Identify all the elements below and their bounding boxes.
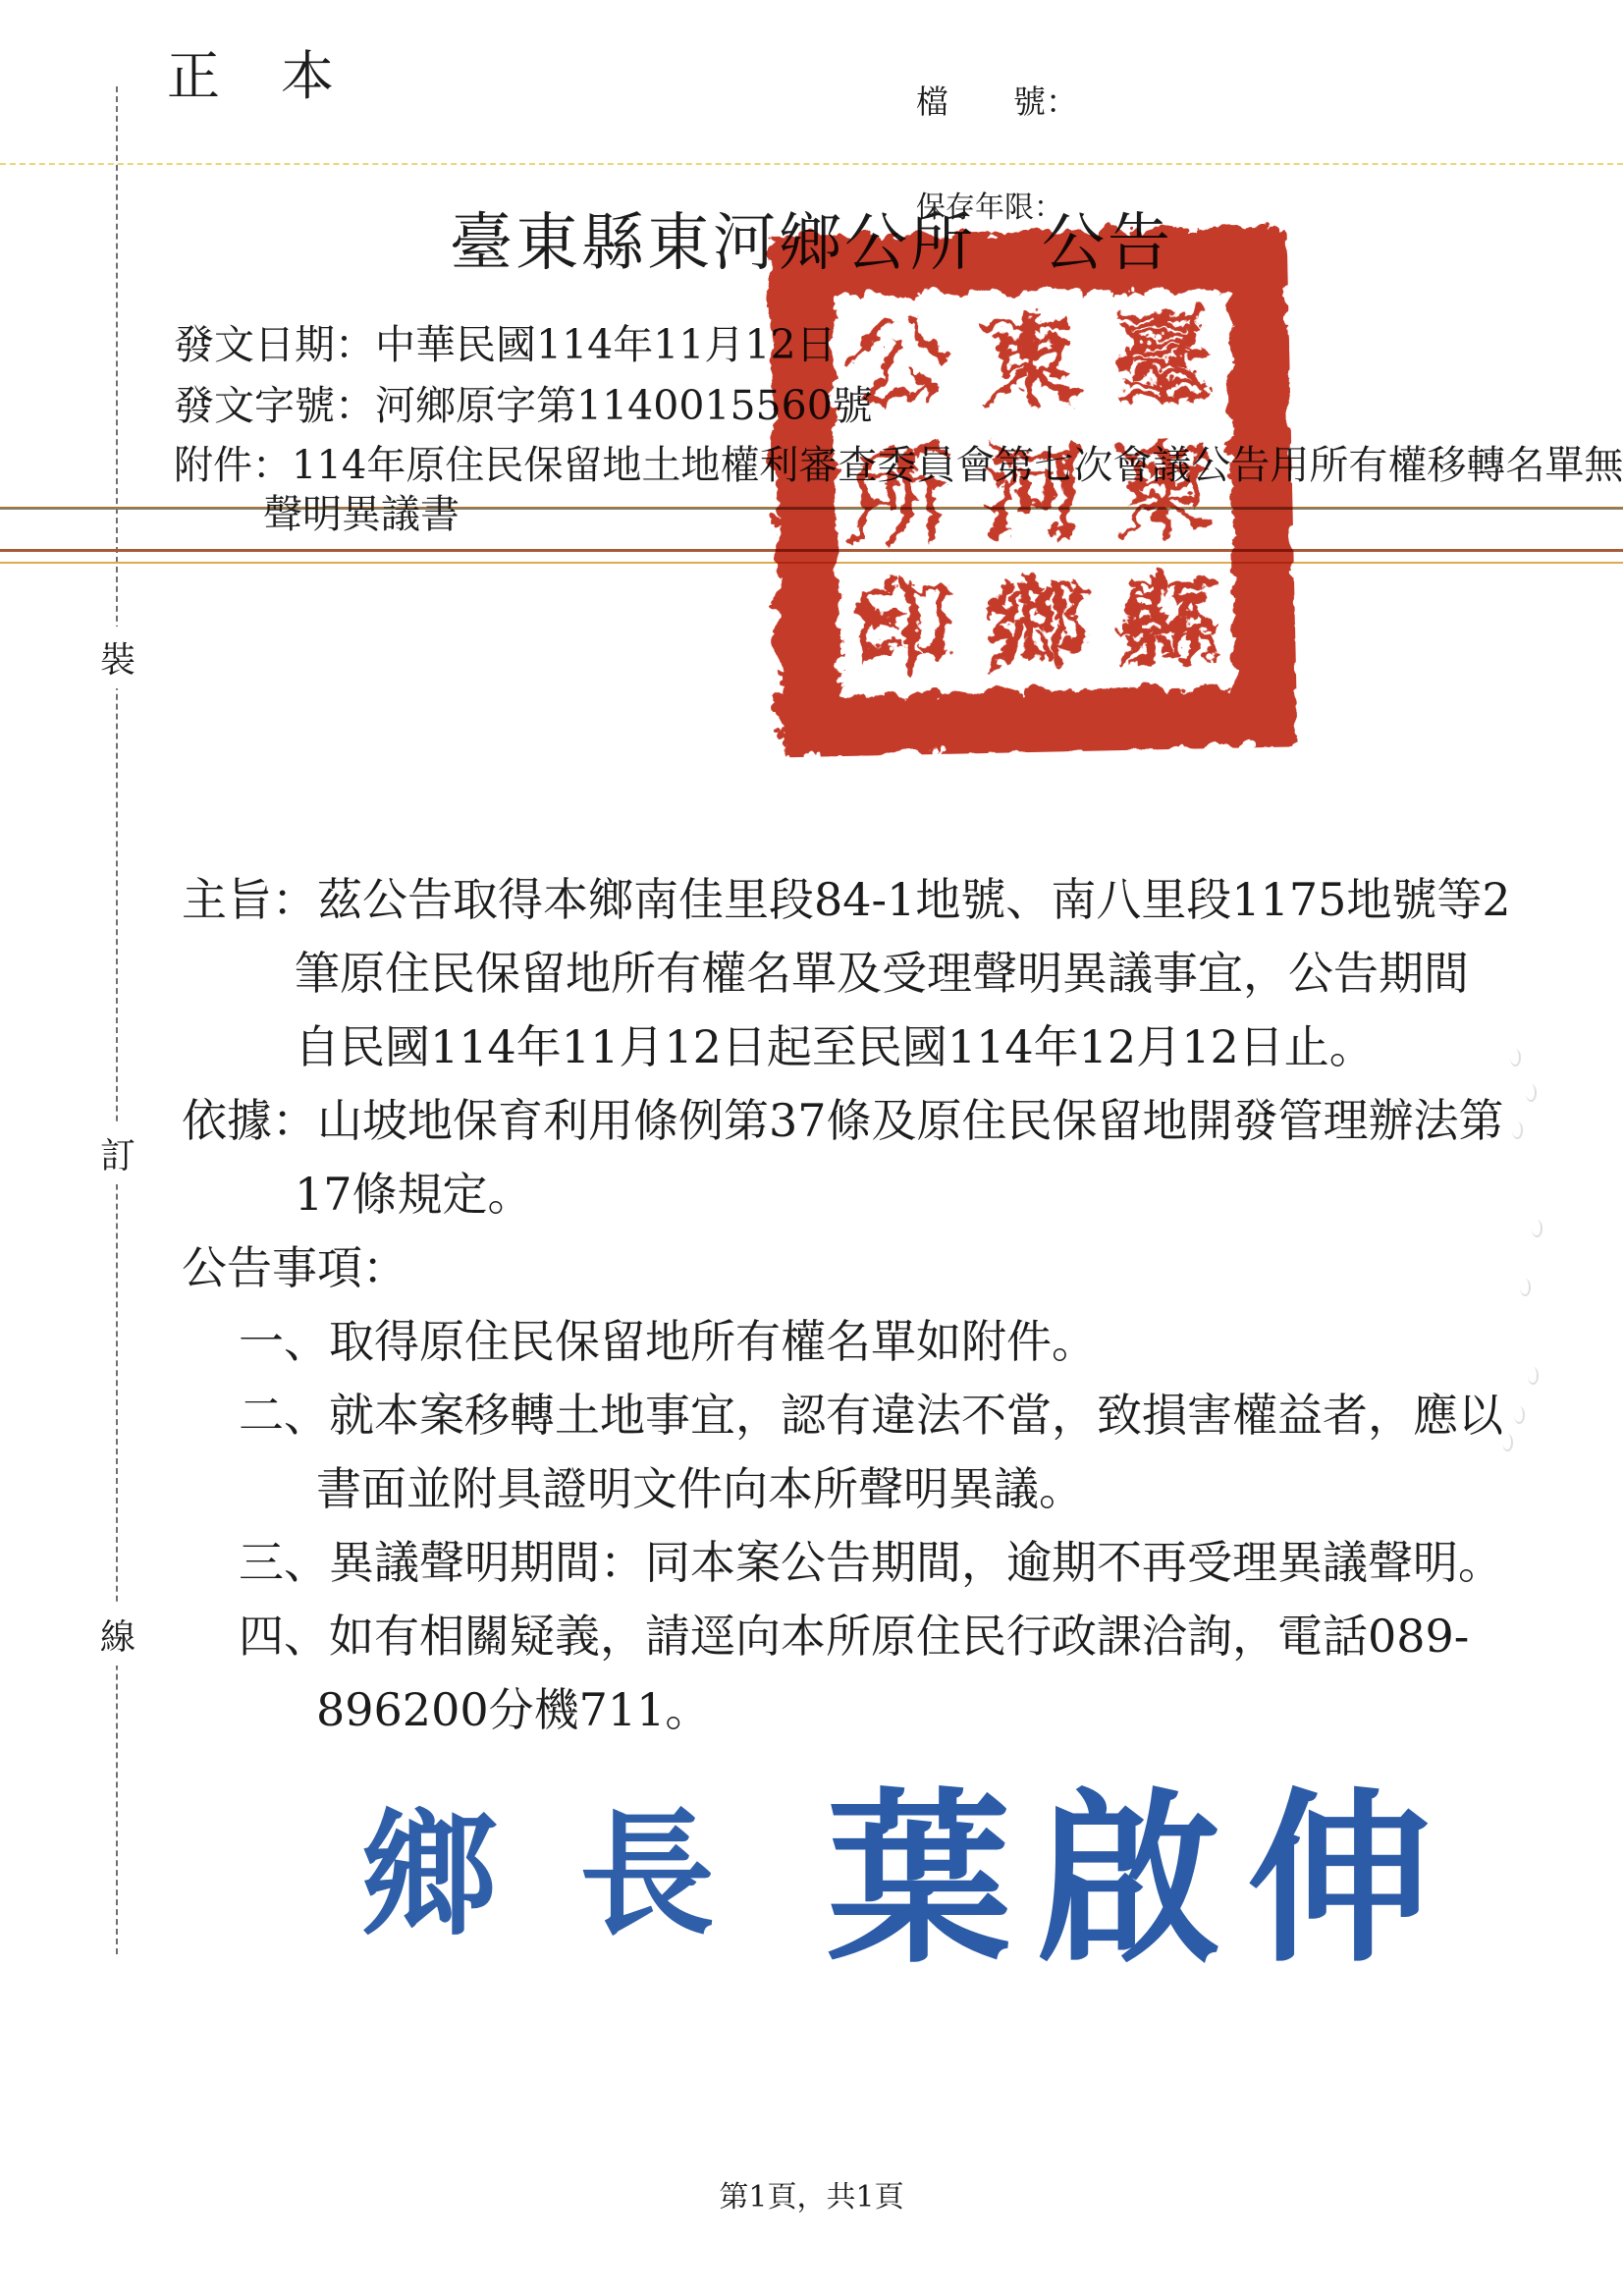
scan-noise-mark <box>1514 1406 1525 1424</box>
announcement-item-1: 一、取得原住民保留地所有權名單如附件。 <box>239 1306 1097 1371</box>
scan-noise-mark <box>1510 1049 1521 1066</box>
subject-line-3: 自民國114年11月12日起至民國114年12月12日止。 <box>295 1011 1375 1076</box>
scan-noise-mark <box>1528 1367 1539 1385</box>
scan-noise-mark <box>1532 1220 1542 1237</box>
subject-line-1: 主旨：茲公告取得本鄉南佳里段84-1地號、南八里段1175地號等2 <box>182 864 1511 929</box>
svg-text:所: 所 <box>843 430 948 553</box>
binding-dashed-line <box>116 86 118 1954</box>
official-announcement-page: 正 本 檔 號： 保存年限： 臺東縣東河鄉公所 公告 發文日期：中華民國114年… <box>0 0 1623 2296</box>
official-red-seal: 臺東縣東河鄉公所印 <box>759 216 1297 757</box>
svg-text:印: 印 <box>846 564 951 686</box>
archive-file-no-label: 檔 號： <box>916 77 1078 123</box>
announcement-item-2-line-1: 二、就本案移轉土地事宜，認有違法不當，致損害權益者，應以 <box>239 1380 1503 1445</box>
svg-text:公: 公 <box>840 297 946 419</box>
announcement-item-2-line-2: 書面並附具證明文件向本所聲明異議。 <box>316 1453 1084 1518</box>
archive-divider-line <box>0 163 1623 165</box>
binding-mark-xian: 線 <box>94 1604 141 1666</box>
mayor-signature: 鄉長 葉啟伸 <box>361 1758 1353 1969</box>
basis-line-2: 17條規定。 <box>295 1159 533 1224</box>
announcement-item-4-line-2: 896200分機711。 <box>316 1674 710 1739</box>
scan-noise-mark <box>1526 1084 1537 1102</box>
svg-text:鄉: 鄉 <box>979 561 1084 683</box>
announcement-items-header: 公告事項： <box>182 1232 407 1297</box>
page-number-footer: 第1頁，共1頁 <box>0 2172 1623 2215</box>
scan-noise-mark <box>1502 1434 1513 1451</box>
svg-text:縣: 縣 <box>1111 558 1218 681</box>
svg-text:臺: 臺 <box>1106 291 1211 413</box>
binding-mark-zhuang: 裝 <box>94 627 141 688</box>
scan-noise-mark <box>1520 1279 1531 1296</box>
seal-graphic: 臺東縣東河鄉公所印 <box>759 216 1297 757</box>
basis-line-1: 依據：山坡地保育利用條例第37條及原住民保留地開發管理辦法第 <box>182 1085 1504 1150</box>
announcement-item-3: 三、異議聲明期間：同本案公告期間，逾期不再受理異議聲明。 <box>239 1527 1503 1592</box>
signature-office-title: 鄉長 <box>361 1767 797 1961</box>
svg-text:東: 東 <box>973 294 1078 416</box>
issue-date-line: 發文日期：中華民國114年11月12日 <box>174 312 837 370</box>
binding-mark-ding: 訂 <box>94 1122 141 1184</box>
copy-type-label: 正 本 <box>167 34 338 110</box>
attachment-line-2: 聲明異議書 <box>263 483 460 539</box>
scan-noise-mark <box>1512 1121 1523 1139</box>
signature-name: 葉啟伸 <box>827 1731 1457 1996</box>
subject-line-2: 筆原住民保留地所有權名單及受理聲明異議事宜，公告期間 <box>295 938 1469 1003</box>
svg-text:河: 河 <box>976 427 1081 550</box>
svg-text:東: 東 <box>1109 424 1214 547</box>
seal-text-grid: 臺東縣東河鄉公所印 <box>840 291 1217 686</box>
announcement-item-4-line-1: 四、如有相關疑義，請逕向本所原住民行政課洽詢，電話089- <box>239 1601 1469 1666</box>
